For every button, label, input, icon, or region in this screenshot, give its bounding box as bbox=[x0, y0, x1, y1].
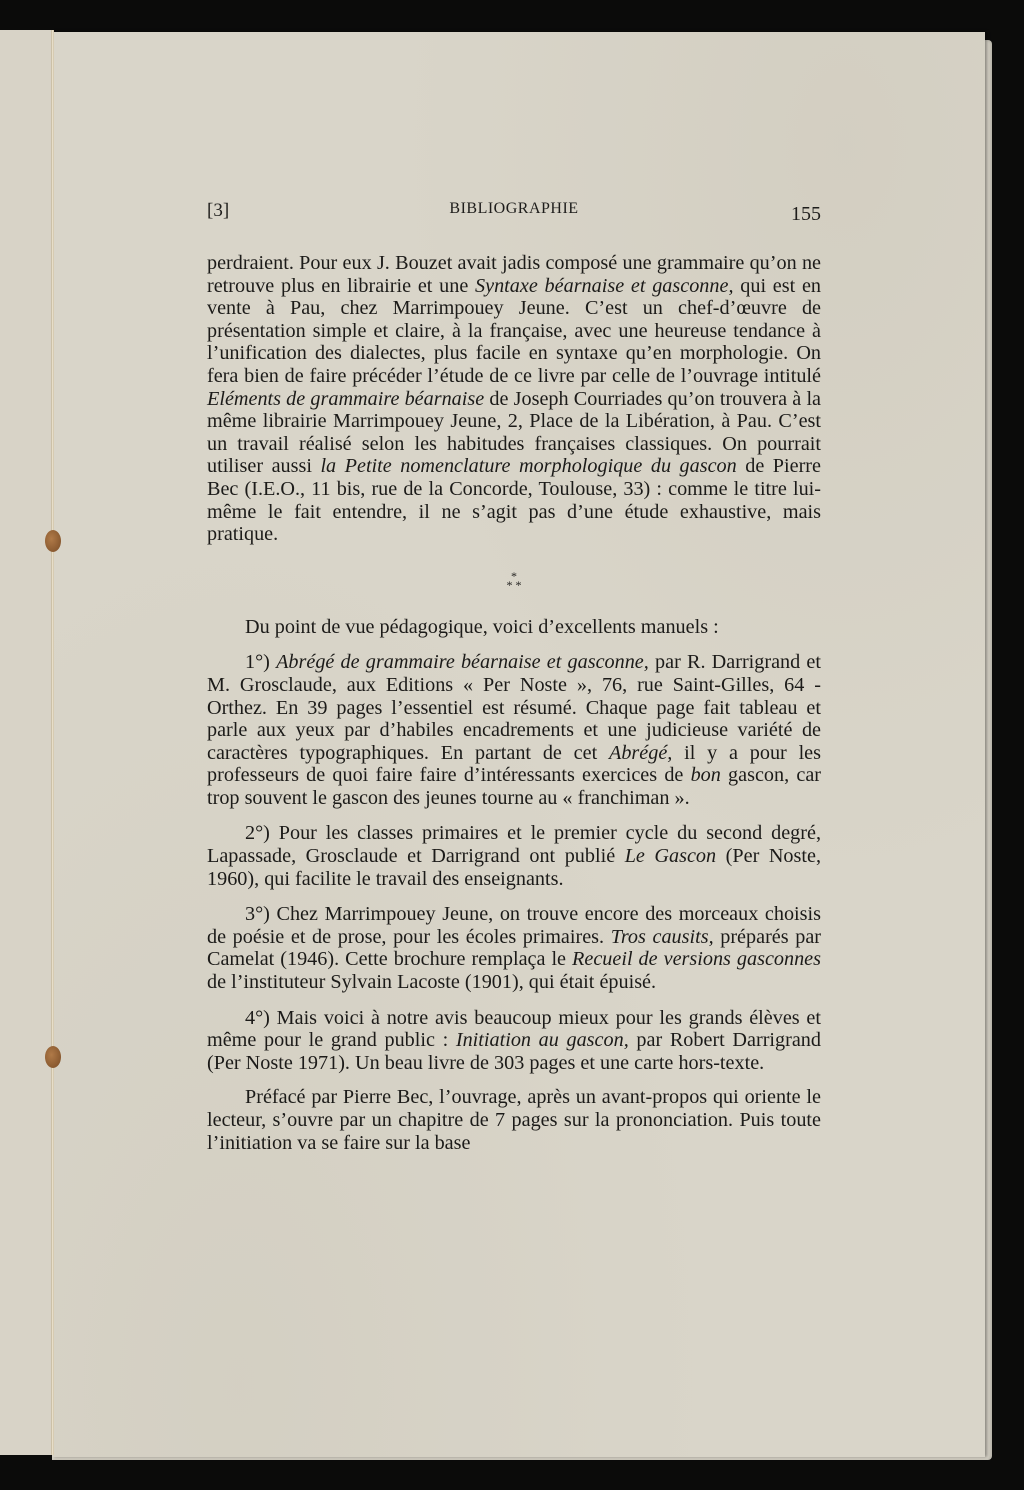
staple-mark bbox=[45, 1046, 61, 1068]
italic-title: la Petite nomenclature morphologique du … bbox=[320, 455, 736, 477]
book-spine bbox=[51, 30, 54, 1455]
staple-mark bbox=[45, 530, 61, 552]
italic-title: Syntaxe béarnaise et gasconne, bbox=[475, 275, 733, 297]
italic-title: Eléments de grammaire béarnaise bbox=[207, 388, 484, 410]
italic-title: bon bbox=[691, 764, 721, 786]
list-item-1: 1°) Abrégé de grammaire béarnaise et gas… bbox=[207, 651, 821, 809]
paragraph: perdraient. Pour eux J. Bouzet avait jad… bbox=[207, 252, 821, 546]
facing-page-edge bbox=[0, 30, 52, 1455]
text-run: 1°) bbox=[245, 651, 276, 673]
text-run: de l’instituteur Sylvain Lacoste (1901),… bbox=[207, 971, 656, 993]
list-item-4: 4°) Mais voici à notre avis beaucoup mie… bbox=[207, 1007, 821, 1075]
list-item-2: 2°) Pour les classes primaires et le pre… bbox=[207, 822, 821, 890]
italic-title: Initiation au gascon, bbox=[456, 1029, 629, 1051]
paragraph: Du point de vue pédagogique, voici d’exc… bbox=[207, 616, 821, 639]
text-run: Préfacé par Pierre Bec, l’ouvrage, après… bbox=[207, 1086, 821, 1153]
page-number: 155 bbox=[791, 203, 821, 226]
italic-title: Tros causits, bbox=[611, 926, 714, 948]
italic-title: Abrégé de grammaire béarnaise et gasconn… bbox=[276, 651, 649, 673]
list-item-3: 3°) Chez Marrimpouey Jeune, on trouve en… bbox=[207, 903, 821, 993]
asterism-separator: ** * bbox=[207, 572, 821, 590]
running-title: BIBLIOGRAPHIE bbox=[207, 200, 821, 218]
italic-title: Le Gascon bbox=[625, 845, 716, 867]
italic-title: Abrégé, bbox=[609, 742, 672, 764]
italic-title: Recueil de versions gasconnes bbox=[572, 948, 821, 970]
paragraph: Préfacé par Pierre Bec, l’ouvrage, après… bbox=[207, 1086, 821, 1154]
page-header: [3] BIBLIOGRAPHIE 155 bbox=[207, 200, 821, 228]
body-text: perdraient. Pour eux J. Bouzet avait jad… bbox=[207, 252, 821, 1154]
text-run: Du point de vue pédagogique, voici d’exc… bbox=[245, 616, 719, 638]
